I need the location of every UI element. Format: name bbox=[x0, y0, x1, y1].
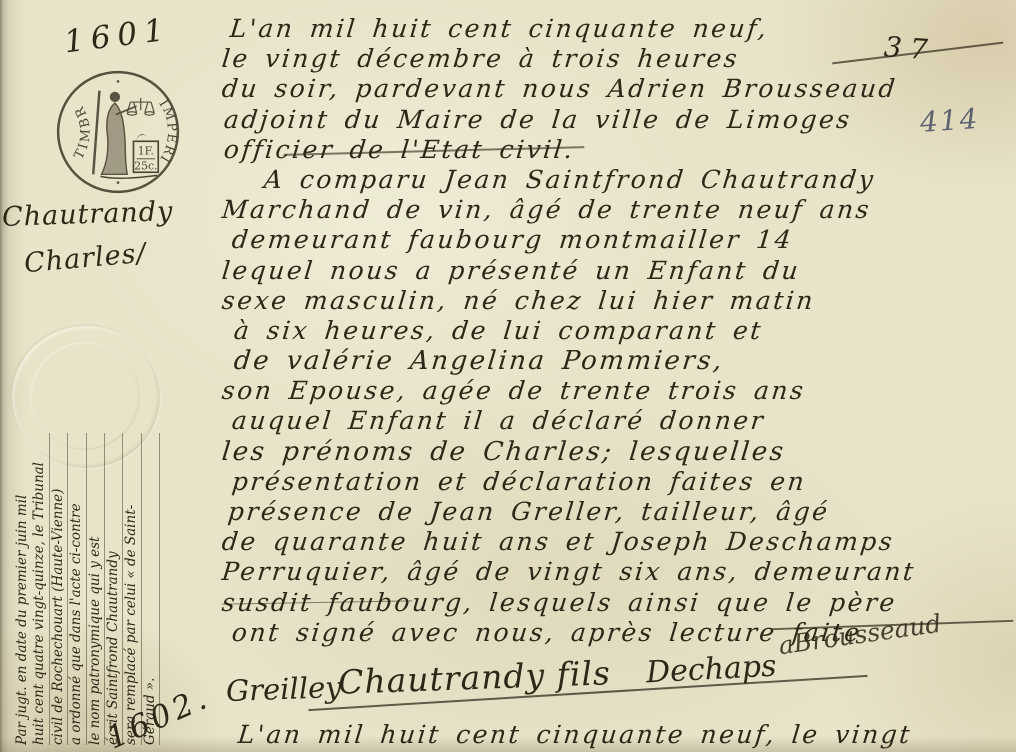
record-line: adjoint du Maire de la ville de Limoges bbox=[222, 105, 1016, 135]
record-line: demeurant faubourg montmailler 14 bbox=[230, 225, 1016, 255]
scales-icon bbox=[127, 98, 154, 115]
record-line: son Epouse, agée de trente trois ans bbox=[220, 376, 1016, 406]
record-line: officier de l'Etat civil. bbox=[222, 135, 1016, 165]
imperial-revenue-stamp: TIMBRE IMPERIAL. 1F. bbox=[54, 68, 182, 196]
staff-icon bbox=[93, 91, 99, 175]
record-line: auquel Enfant il a déclaré donner bbox=[230, 406, 1016, 436]
margin-note-line: écrit Saintfrond Chautrandy bbox=[105, 433, 123, 745]
margin-note-line: sera remplacé par celui « de Saint- bbox=[123, 433, 141, 745]
record-line: A comparu Jean Saintfrond Chautrandy bbox=[262, 165, 1016, 195]
record-line: Marchand de vin, âgé de trente neuf ans bbox=[220, 195, 1016, 225]
record-line: de valérie Angelina Pommiers, bbox=[232, 346, 1016, 376]
next-act-opening-line: L'an mil huit cent cinquante neuf, le vi… bbox=[236, 720, 913, 749]
margin-name-firstname: Charles/ bbox=[23, 238, 148, 280]
stamp-value-francs: 1F. bbox=[138, 145, 154, 158]
record-line: susdit faubourg, lesquels ainsi que le p… bbox=[220, 588, 1016, 618]
folio-number-pencil-annotation: 414 bbox=[919, 102, 981, 139]
figure-robe bbox=[101, 103, 127, 174]
stamp-graphic: TIMBRE IMPERIAL. 1F. bbox=[54, 68, 182, 196]
stamp-top-dot bbox=[117, 80, 120, 83]
margin-note-line: Par jugt. en date du premier juin mil bbox=[14, 433, 31, 745]
record-line: présentation et déclaration faites en bbox=[230, 467, 1016, 497]
record-line: les prénoms de Charles; lesquelles bbox=[220, 437, 1016, 467]
margin-note-line: a ordonné que dans l'acte ci-contre bbox=[68, 433, 86, 745]
record-line: sexe masculin, né chez lui hier matin bbox=[220, 286, 1016, 316]
record-line: de quarante huit ans et Joseph Deschamps bbox=[220, 527, 1016, 557]
margin-name-surname: Chautrandy bbox=[2, 196, 174, 233]
margin-note-line: civil de Rochechouart (Haute-Vienne) bbox=[50, 433, 68, 745]
record-line: lequel nous a présenté un Enfant du bbox=[220, 256, 1016, 286]
margin-note-line: huit cent quatre vingt-quinze, le Tribun… bbox=[31, 433, 49, 745]
record-line: à six heures, de lui comparant et bbox=[232, 316, 1016, 346]
margin-note-line: le nom patronymique qui y est bbox=[87, 433, 105, 745]
record-line: Perruquier, âgé de vingt six ans, demeur… bbox=[220, 557, 1016, 587]
record-line: du soir, pardevant nous Adrien Brousseau… bbox=[220, 74, 1016, 104]
record-line: présence de Jean Greller, tailleur, âgé bbox=[226, 497, 1016, 527]
page-number-ink-annotation: 37 bbox=[883, 30, 937, 67]
stamp-ground-line bbox=[100, 175, 157, 178]
stamp-value-centimes: 25c. bbox=[134, 160, 157, 173]
civil-register-page: 1601 TIMBRE IMPERIAL. bbox=[0, 0, 1016, 752]
eagle-icon bbox=[136, 134, 150, 140]
act-number: 1601 bbox=[62, 12, 172, 61]
figure-head bbox=[110, 92, 120, 102]
birth-record-text: L'an mil huit cent cinquante neuf, le vi… bbox=[222, 14, 1016, 648]
signature-witness-greilley: Greilley bbox=[225, 670, 342, 708]
marginal-rectification-note: Par jugt. en date du premier juin mil hu… bbox=[14, 433, 156, 745]
stamp-bottom-dot bbox=[117, 181, 120, 184]
